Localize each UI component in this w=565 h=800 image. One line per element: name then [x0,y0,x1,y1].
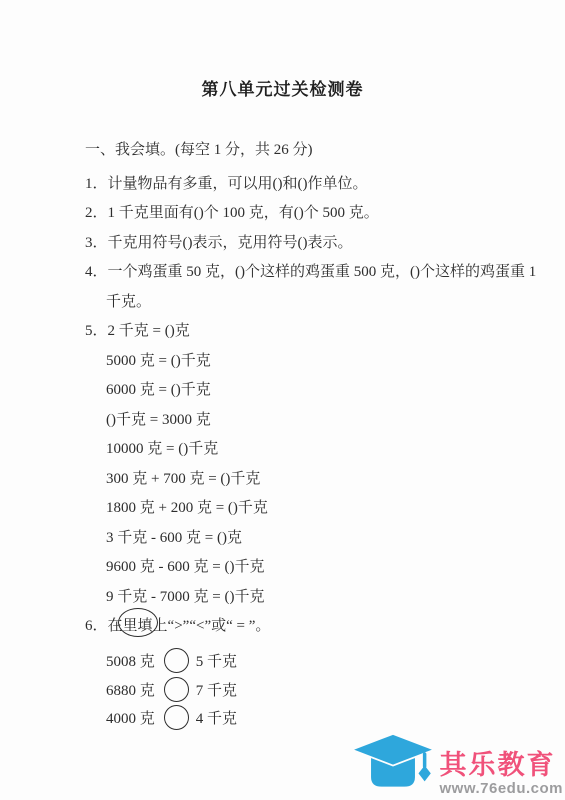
question-4: 4．一个鸡蛋重 50 克，()个这样的鸡蛋重 500 克，()个这样的鸡蛋重 1 [85,258,545,288]
comparison-right-value: 4 千克 [196,707,237,728]
answer-circle [164,677,189,702]
question-2: 2．1 千克里面有()个 100 克，有()个 500 克。 [85,199,545,229]
equation-line: 9600 克 - 600 克 = ()千克 [85,553,545,583]
question-number: 6． [85,612,108,642]
question-number: 5． [85,317,108,347]
answer-circle [164,648,189,673]
question-text: 在里填上“>”“<”或“ = ”。 [108,618,271,634]
brand-footer: 其乐教育 www.76edu.com [349,733,563,797]
equation-line: 300 克 + 700 克 = ()千克 [85,465,545,495]
brand-url: www.76edu.com [440,780,563,797]
question-text: 1 千克里面有()个 100 克，有()个 500 克。 [108,205,379,221]
question-number: 3． [85,229,108,259]
questions-section: 一、我会填。(每空 1 分，共 26 分) 1．计量物品有多重，可以用()和()… [85,136,545,732]
graduation-cap-icon [349,733,437,796]
question-number: 4． [85,258,108,288]
question-5: 5．2 千克 = ()克 [85,317,545,347]
question-3: 3．千克用符号()表示，克用符号()表示。 [85,229,545,259]
comparison-right-value: 5 千克 [196,650,237,671]
equation-line: 10000 克 = ()千克 [85,435,545,465]
question-text: 千克用符号()表示，克用符号()表示。 [108,235,353,251]
equation-line: 5000 克 = ()千克 [85,347,545,377]
brand-name: 其乐教育 [440,751,556,779]
question-number: 1． [85,170,108,200]
question-6: 6．在里填上“>”“<”或“ = ”。 [85,612,545,642]
comparison-row: 6880 克 7 千克 [85,675,545,704]
equation-line: 9 千克 - 7000 克 = ()千克 [85,583,545,613]
question-4-continuation: 千克。 [85,288,545,318]
equation-line: 3 千克 - 600 克 = ()克 [85,524,545,554]
comparison-row: 4000 克 4 千克 [85,704,545,733]
question-number: 2． [85,199,108,229]
question-1: 1．计量物品有多重，可以用()和()作单位。 [85,170,545,200]
answer-circle [164,705,189,730]
test-paper-page: 第八单元过关检测卷 一、我会填。(每空 1 分，共 26 分) 1．计量物品有多… [0,0,565,800]
equation-line: 2 千克 = ()克 [108,323,190,339]
page-title: 第八单元过关检测卷 [0,75,565,100]
comparison-right-value: 7 千克 [196,679,237,700]
section-header: 一、我会填。(每空 1 分，共 26 分) [85,136,545,166]
question-text: 一个鸡蛋重 50 克，()个这样的鸡蛋重 500 克，()个这样的鸡蛋重 1 [108,264,537,280]
comparison-row: 5008 克 5 千克 [85,647,545,676]
equation-line: 6000 克 = ()千克 [85,376,545,406]
equation-line: ()千克 = 3000 克 [85,406,545,436]
question-text: 计量物品有多重，可以用()和()作单位。 [108,176,368,192]
equation-line: 1800 克 + 200 克 = ()千克 [85,494,545,524]
circled-words: 里填 [123,612,153,642]
comparison-left-value: 5008 克 [106,650,155,671]
comparison-left-value: 6880 克 [106,679,155,700]
brand-text-block: 其乐教育 www.76edu.com [440,751,563,797]
comparison-left-value: 4000 克 [106,707,155,728]
